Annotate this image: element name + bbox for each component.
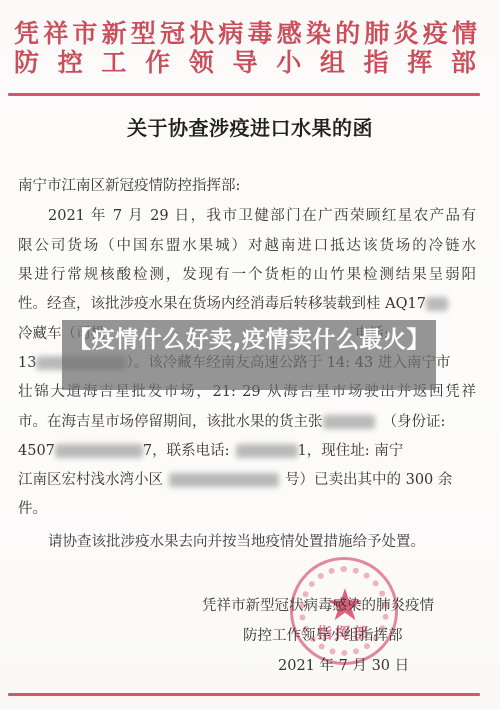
redacted-address: [169, 473, 279, 487]
redacted-id: [55, 444, 143, 458]
body-text: 4507: [18, 443, 55, 459]
body-text: （身份证:: [383, 414, 446, 430]
body-text: 7，联系电话:: [143, 443, 230, 459]
document-title: 关于协查涉疫进口水果的函: [0, 112, 500, 141]
bottom-red-rule: [8, 693, 480, 696]
body-text: 号）已卖出其中的 300 余: [285, 472, 452, 488]
body-text: 13: [18, 355, 36, 371]
body-line: 限公司货场（中国东盟水果城）对越南进口抵达该货场的冷链水: [18, 236, 476, 256]
redacted-plate: [426, 297, 448, 311]
salutation: 南宁市江南区新冠疫情防控指挥部:: [18, 176, 476, 196]
redacted-phone: [236, 444, 298, 458]
overlay-title: 【疫情什么好卖,疫情卖什么最火】: [62, 326, 436, 355]
body-line: 市。在海吉星市场停留期间，该批水果的货主张（身份证:: [18, 412, 476, 432]
body-line: 45077，联系电话:1，现住址: 南宁: [18, 441, 476, 461]
letterhead-red-rule: [8, 93, 480, 96]
redacted-name: [323, 415, 375, 429]
body-text: 1，现住址: 南宁: [298, 443, 404, 459]
body-line: 件。: [18, 499, 476, 519]
body-text: 江南区宏村浅水湾小区: [18, 472, 163, 488]
body-line: 江南区宏村浅水湾小区号）已卖出其中的 300 余: [18, 470, 476, 490]
request-line: 请协查该批涉疫水果去向并按当地疫情处置措施给予处置。: [48, 532, 476, 552]
body-line: 果进行常规核酸检测，发现有一个货柜的山竹果检测结果呈弱阳: [18, 265, 476, 285]
signature-org-line-1: 凭祥市新型冠状病毒感染的肺炎疫情: [202, 594, 434, 615]
body-text: 市。在海吉星市场停留期间，该批水果的货主张: [18, 414, 323, 430]
body-line: 性。经查，该批涉疫水果在货场内经消毒后转移装载到桂 AQ17: [18, 294, 476, 314]
document-page: 凭祥市新型冠状病毒感染的肺炎疫情 防 控 工 作 领 导 小 组 指 挥 部 关…: [0, 0, 500, 710]
signature-date: 2021 年 7 月 30 日: [278, 654, 409, 675]
title-overlay-banner[interactable]: 【疫情什么好卖,疫情卖什么最火】: [62, 320, 436, 390]
letterhead-line-2: 防 控 工 作 领 导 小 组 指 挥 部: [0, 43, 500, 79]
signature-org-line-2: 防控工作领导小组指挥部: [243, 624, 403, 645]
body-text: 性。经查，该批涉疫水果在货场内经消毒后转移装载到桂 AQ17: [18, 296, 426, 312]
body-line: 2021 年 7 月 29 日，我市卫健部门在广西荣顾红星农产品有: [48, 206, 476, 226]
